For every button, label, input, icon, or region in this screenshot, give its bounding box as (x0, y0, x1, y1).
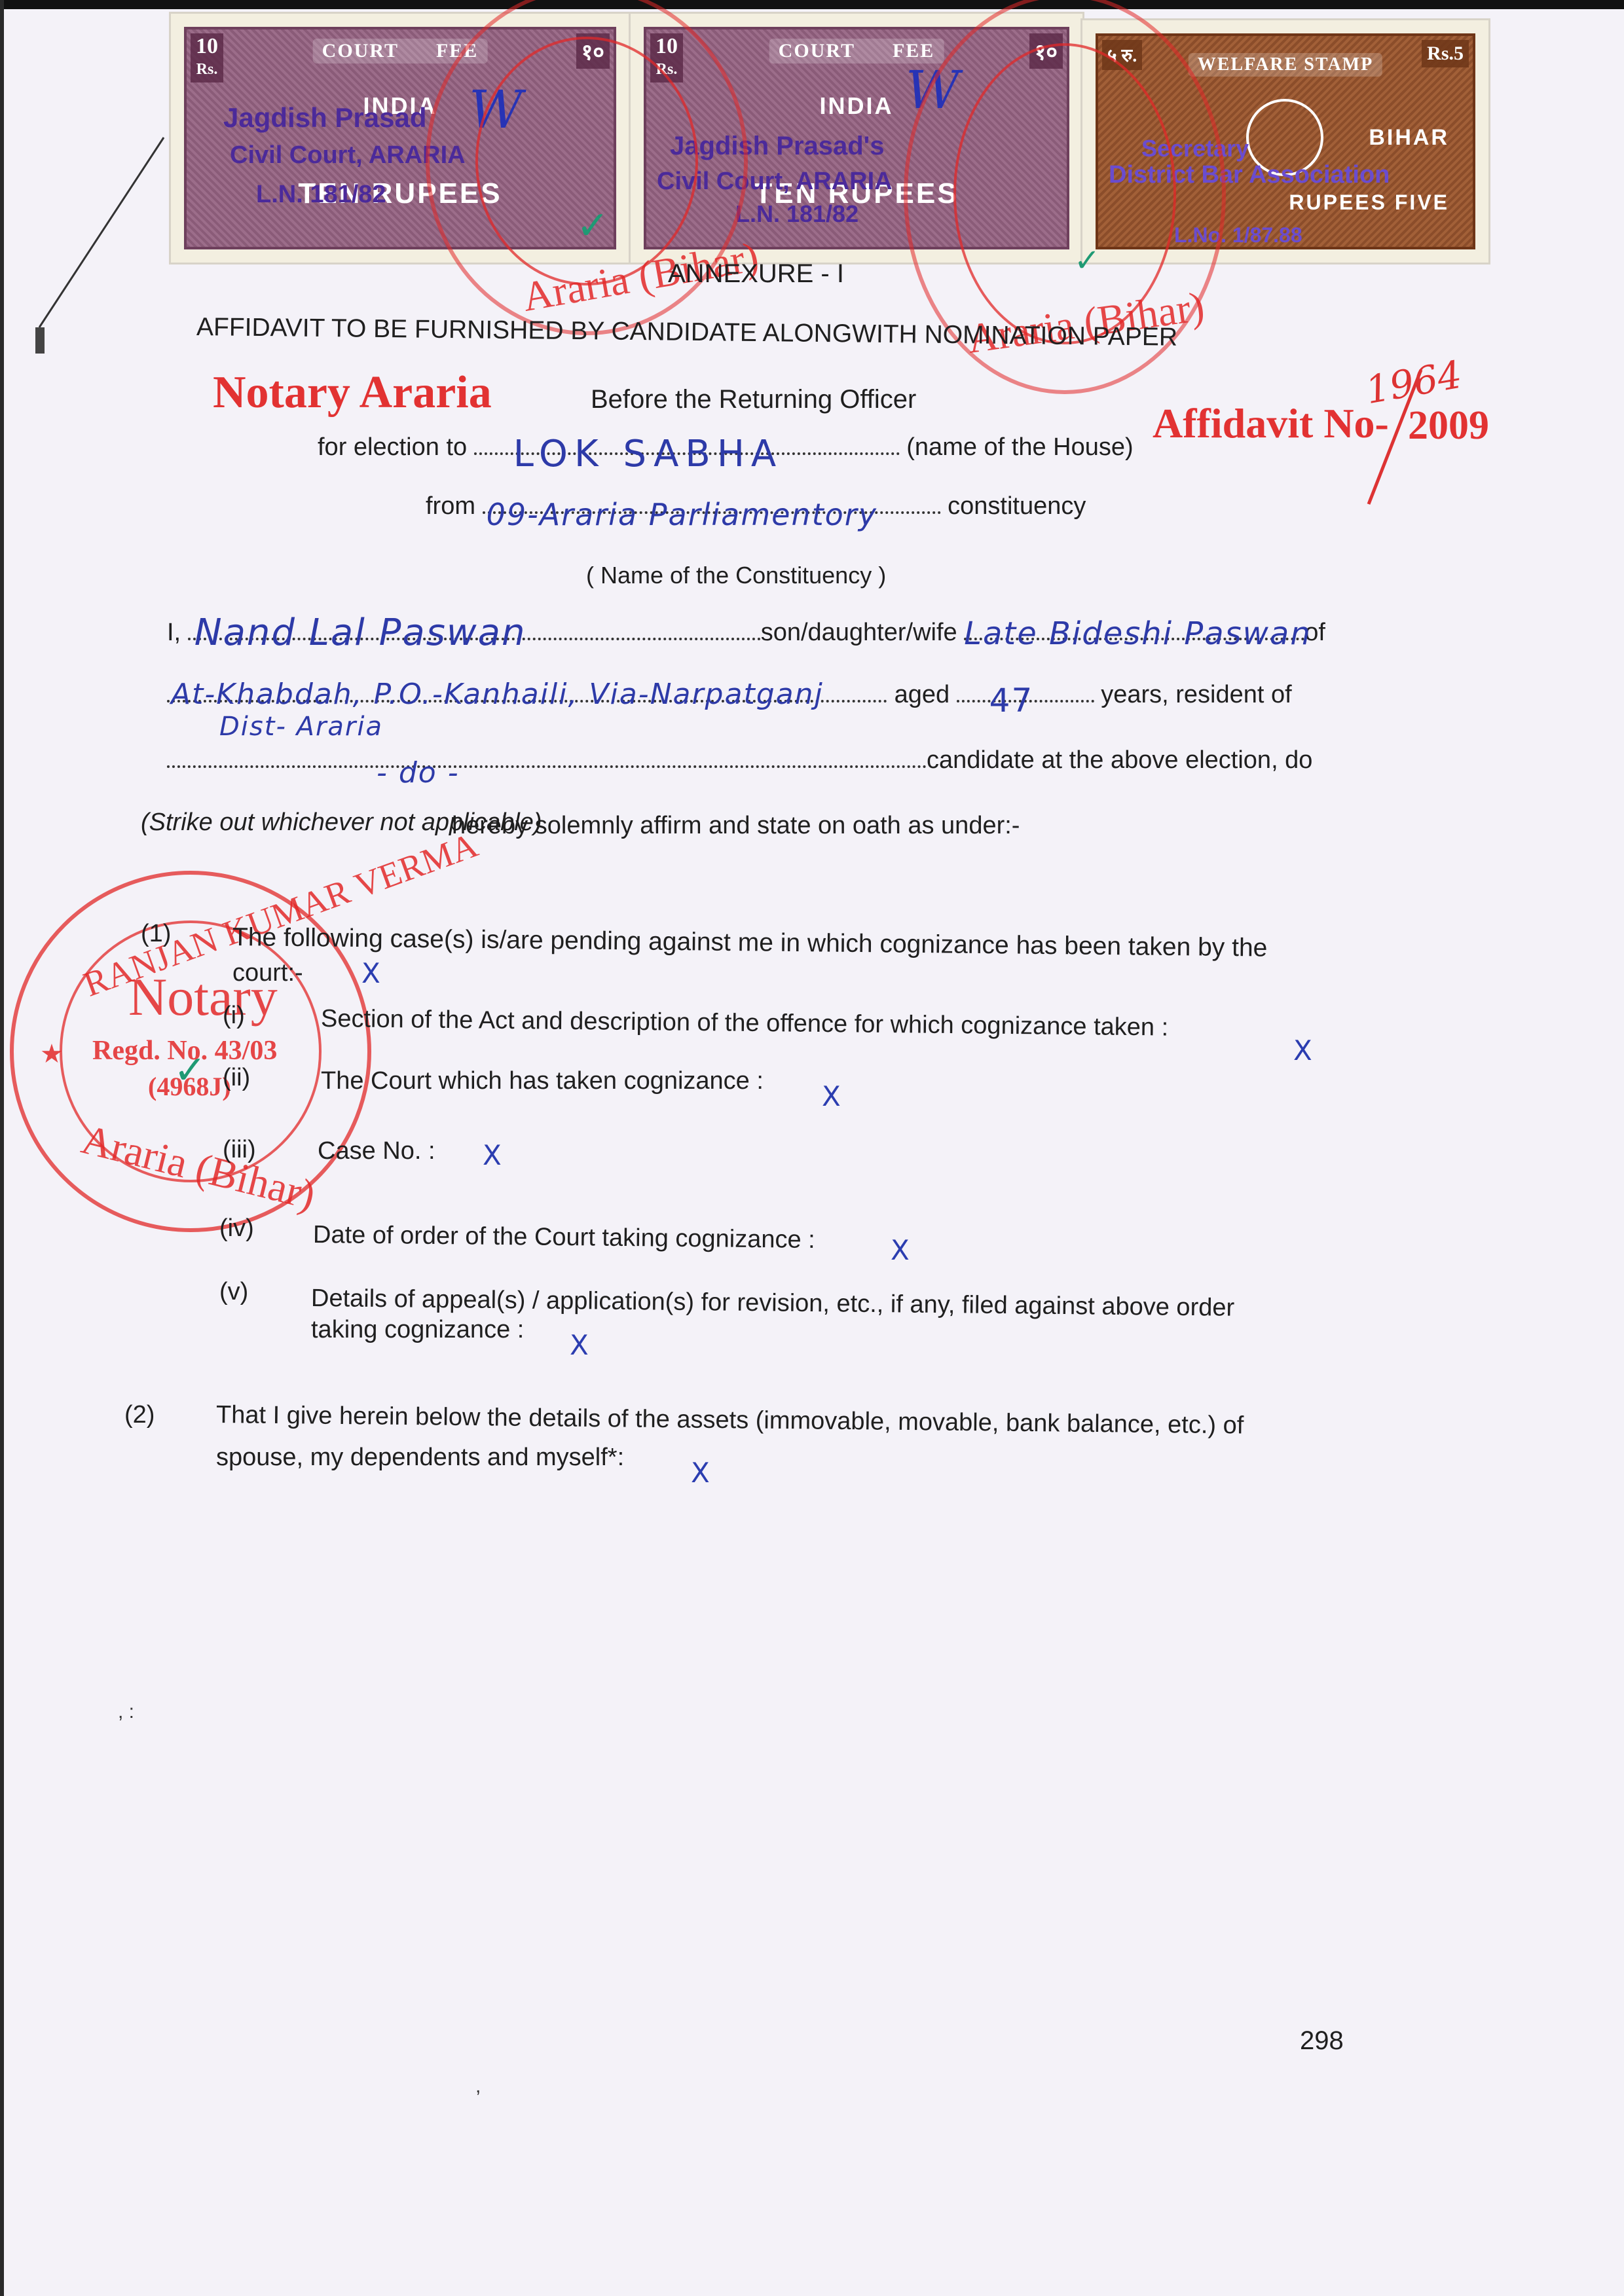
from-label: from (426, 492, 475, 520)
age-field[interactable]: 47 (957, 700, 1094, 702)
subitem-text: Date of order of the Court taking cogniz… (313, 1221, 815, 1254)
relation-label: son/daughter/wife (761, 619, 957, 646)
page-number: 298 (1300, 2026, 1344, 2056)
election-label: for election to (318, 433, 467, 461)
scan-speck: , : (118, 1701, 134, 1723)
subitem-text: Case No. : (318, 1137, 435, 1165)
overstamp-line: L.N. 181/82 (256, 181, 386, 209)
constituency-suffix: constituency (948, 492, 1086, 520)
age-value: 47 (989, 682, 1034, 720)
aged-label: aged (895, 681, 950, 708)
address-field[interactable]: At-Khabdah, P.O.-Kanhaili, Via-Narpatgan… (167, 700, 887, 702)
election-field[interactable]: LOK SABHA (474, 452, 900, 455)
notary-araria-stamp: Notary Araria (213, 367, 492, 419)
stamp-denomination: 10Rs. (191, 33, 223, 82)
constituency-value: 09-Araria Parliamentory (487, 497, 877, 532)
affidavit-number-stamp: Affidavit No- (1153, 399, 1389, 448)
before-returning-officer: Before the Returning Officer (591, 385, 916, 414)
scan-top-border (0, 0, 1624, 9)
stamp-state: BIHAR (1369, 125, 1449, 151)
not-applicable-mark: X (361, 957, 380, 989)
election-row: for election to LOK SABHA (name of the H… (318, 433, 1134, 462)
constituency-row: from 09-Araria Parliamentory constituenc… (426, 492, 1086, 520)
item-1-text: The following case(s) is/are pending aga… (232, 923, 1268, 963)
subitem-number: (v) (219, 1278, 248, 1306)
seal-star: ★ (40, 1038, 64, 1069)
not-applicable-mark: X (822, 1080, 841, 1112)
subitem-number: (i) (223, 1002, 245, 1030)
item-2-text: That I give herein below the details of … (216, 1401, 1244, 1440)
candidate-label: candidate at the above election, do (927, 746, 1312, 774)
resident-field[interactable]: - do - (167, 765, 927, 768)
election-value: LOK SABHA (513, 433, 783, 475)
not-applicable-mark: X (570, 1329, 589, 1361)
address-row: At-Khabdah, P.O.-Kanhaili, Via-Narpatgan… (167, 681, 1292, 709)
not-applicable-mark: X (691, 1457, 710, 1489)
subitem-text: Section of the Act and description of th… (321, 1005, 1169, 1042)
resident-row: - do -candidate at the above election, d… (167, 746, 1312, 774)
candidate-name-field[interactable]: Nand Lal Paswan (188, 638, 761, 640)
parent-name: Late Bideshi Paswan (964, 615, 1312, 652)
address-line-2: Dist- Araria (219, 712, 383, 742)
stamp-value: RUPEES FIVE (1289, 191, 1449, 215)
parent-name-field[interactable]: Late Bideshi Paswan (964, 638, 1304, 640)
scan-speck: , (475, 2075, 481, 2098)
address-line-1: At-Khabdah, P.O.-Kanhaili, Via-Narpatgan… (171, 678, 824, 711)
election-suffix: (name of the House) (906, 433, 1133, 461)
overstamp-line: Jagdish Prasad (223, 102, 426, 134)
constituency-field[interactable]: 09-Araria Parliamentory (483, 511, 941, 514)
annexure-label: ANNEXURE - I (668, 259, 844, 289)
subitem-text-2: taking cognizance : (311, 1316, 524, 1344)
not-applicable-mark: X (891, 1234, 910, 1266)
check-mark: ✓ (1074, 242, 1100, 279)
subitem-text: The Court which has taken cognizance : (321, 1067, 764, 1095)
stamp-banner: WELFARE STAMP (1189, 53, 1382, 77)
overstamp-line: L.N. 181/82 (735, 200, 858, 228)
candidate-name: Nand Lal Paswan (194, 611, 526, 654)
item-2-number: (2) (124, 1401, 155, 1429)
affidavit-no-label: Affidavit No- (1153, 400, 1389, 446)
affidavit-year: 2009 (1408, 403, 1489, 449)
not-applicable-mark: X (1293, 1034, 1312, 1066)
item-1-text-2: court:- (232, 959, 303, 987)
item-2-text-2: spouse, my dependents and myself*: (216, 1444, 624, 1472)
constituency-caption: ( Name of the Constituency ) (586, 562, 886, 589)
check-mark: ✓ (174, 1048, 206, 1093)
stamp-denomination: Rs.5 (1422, 40, 1469, 67)
name-row: I, Nand Lal Paswanson/daughter/wife Late… (167, 619, 1325, 647)
scan-left-border (0, 0, 4, 2296)
subitem-number: (ii) (223, 1064, 250, 1092)
item-1-number: (1) (141, 920, 171, 948)
check-mark: ✓ (576, 203, 609, 249)
years-label: years, resident of (1101, 681, 1291, 708)
strike-note: (Strike out whichever not applicable) (141, 809, 542, 837)
scan-artifact-line (26, 131, 170, 354)
i-label: I, (167, 619, 181, 646)
resident-value: - do - (377, 756, 460, 790)
stamp-country: INDIA (820, 92, 894, 120)
not-applicable-mark: X (483, 1139, 502, 1171)
subitem-number: (iii) (223, 1136, 256, 1164)
subitem-number: (iv) (219, 1214, 254, 1243)
